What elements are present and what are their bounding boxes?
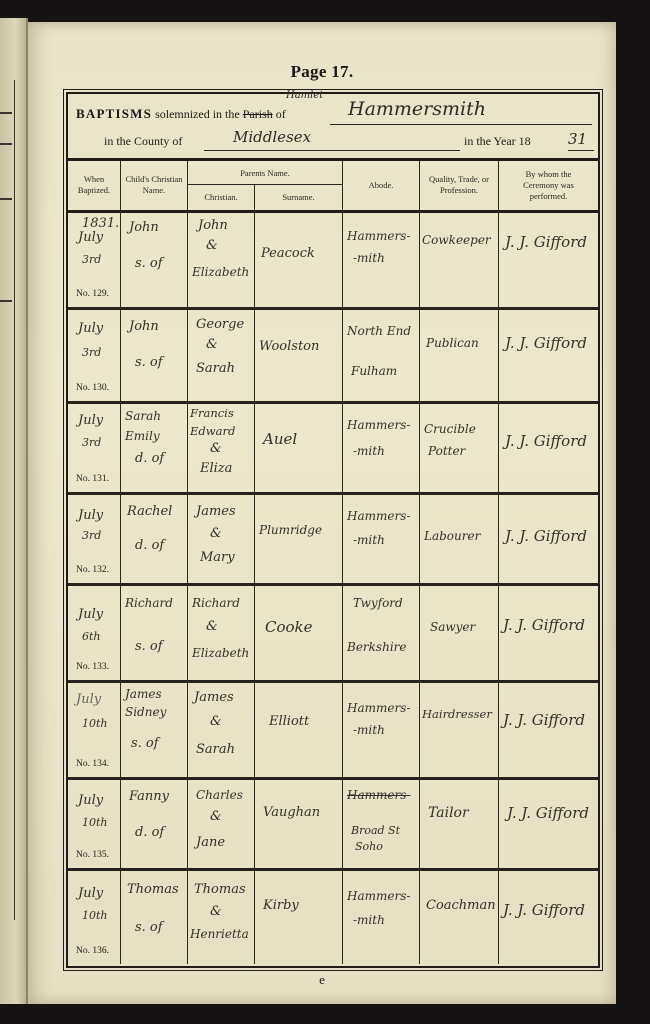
cell-parents-christian: James & Sarah	[188, 683, 254, 777]
facing-page-border	[0, 80, 15, 920]
parent-1-name: George	[196, 314, 244, 336]
child-name: John	[129, 217, 159, 239]
child-relation: d. of	[135, 448, 164, 470]
cell-quality: Labourer	[420, 495, 498, 583]
facing-page-rule	[0, 198, 12, 200]
solemnized-text: solemnized in the	[155, 107, 240, 121]
cell-abode: Hammers- -mith	[343, 871, 419, 964]
abode-line-1: Hammers-	[347, 885, 410, 907]
entry-row-135: July 10th No. 135. Fanny d. of Charles &…	[68, 780, 598, 868]
parent-1-name: John	[198, 215, 228, 237]
cell-quality: Cowkeeper	[420, 213, 498, 307]
abode-line-3: Soho	[355, 840, 383, 854]
cell-quality: Sawyer	[420, 586, 498, 680]
entry-row-131: July 3rd No. 131. Sarah Emily d. of Fran…	[68, 404, 598, 492]
surname: Kirby	[263, 895, 299, 917]
parent-2-name: Eliza	[200, 458, 232, 480]
parish-fill-line	[330, 124, 592, 125]
county-fill-line	[204, 150, 460, 151]
surname: Elliott	[269, 711, 309, 733]
cell-when-baptized: July 10th No. 135.	[68, 780, 120, 868]
child-name: Sarah Emily	[125, 406, 185, 446]
baptism-month: July	[78, 227, 103, 249]
cell-surname: Woolston	[255, 310, 342, 401]
cell-abode: North End Fulham	[343, 310, 419, 401]
abode-line-1: Hammers-	[347, 225, 410, 247]
abode-line-1: Hammers-	[347, 414, 410, 436]
officiant-signature: J. J. Gifford	[507, 802, 589, 824]
cell-child-name: Fanny d. of	[121, 780, 187, 868]
baptism-register-table: BAPTISMS solemnized in the Parish of Ham…	[66, 92, 600, 968]
cell-parents-christian: Francis Edward & Eliza	[188, 404, 254, 492]
cell-abode: Twyford Berkshire	[343, 586, 419, 680]
entry-row-130: July 3rd No. 130. John s. of George & Sa…	[68, 310, 598, 401]
cell-parents-christian: Charles & Jane	[188, 780, 254, 868]
year-handwritten: 31	[568, 130, 587, 148]
child-name: Fanny	[129, 786, 169, 808]
cell-surname: Vaughan	[255, 780, 342, 868]
heading-line-1: BAPTISMS solemnized in the Parish of	[76, 106, 286, 122]
cell-officiant: J. J. Gifford	[499, 586, 598, 680]
cell-parents-christian: George & Sarah	[188, 310, 254, 401]
baptism-day: 3rd	[82, 432, 101, 454]
cell-surname: Peacock	[255, 213, 342, 307]
abode-line-2: -mith	[353, 909, 385, 931]
col-parents-name: Parents Name.	[188, 162, 342, 184]
col-ceremony-by: By whom the Ceremony was performed.	[499, 162, 598, 208]
child-relation: d. of	[135, 535, 164, 557]
cell-when-baptized: July 3rd No. 131.	[68, 404, 120, 492]
officiant-signature: J. J. Gifford	[503, 899, 585, 921]
entry-row-136: July 10th No. 136. Thomas s. of Thomas &…	[68, 871, 598, 964]
entry-number: No. 134.	[76, 759, 109, 769]
cell-surname: Kirby	[255, 871, 342, 964]
abode-line-2: Berkshire	[347, 636, 407, 658]
register-page: Page 17. BAPTISMS solemnized in the Pari…	[28, 22, 616, 1004]
cell-officiant: J. J. Gifford	[499, 683, 598, 777]
parents-subheader-rule	[188, 184, 342, 185]
baptism-day: 3rd	[82, 342, 101, 364]
cell-parents-christian: Richard & Elizabeth	[188, 586, 254, 680]
year-fill-line	[568, 150, 594, 151]
child-relation: s. of	[135, 253, 163, 275]
cell-surname: Plumridge	[255, 495, 342, 583]
parent-2-name: Jane	[196, 832, 225, 854]
facing-page-edge	[0, 18, 28, 1024]
col-abode: Abode.	[343, 162, 419, 208]
parent-1-name: James	[194, 687, 234, 709]
cell-parents-christian: James & Mary	[188, 495, 254, 583]
quality-trade: Publican	[426, 332, 479, 354]
cell-child-name: Richard s. of	[121, 586, 187, 680]
cell-officiant: J. J. Gifford	[499, 871, 598, 964]
child-relation: s. of	[131, 733, 159, 755]
surname: Peacock	[261, 243, 315, 265]
parent-2-name: Henrietta	[190, 923, 249, 945]
surname: Cooke	[265, 616, 313, 638]
col-child-name: Child's Christian Name.	[121, 162, 187, 208]
baptism-month: July	[78, 790, 103, 812]
baptism-day: 3rd	[82, 249, 101, 271]
cell-when-baptized: July 3rd No. 132.	[68, 495, 120, 583]
county-name-handwritten: Middlesex	[233, 128, 311, 146]
year-label: in the Year 18	[464, 134, 531, 149]
abode-line-2: Fulham	[351, 360, 397, 382]
quality-trade: Hairdresser	[422, 703, 492, 725]
entry-number: No. 131.	[76, 474, 109, 484]
baptism-day: 10th	[82, 812, 108, 834]
cell-officiant: J. J. Gifford	[499, 310, 598, 401]
cell-child-name: Thomas s. of	[121, 871, 187, 964]
child-name: Rachel	[127, 501, 172, 523]
cell-surname: Auel	[255, 404, 342, 492]
child-name: John	[129, 316, 159, 338]
child-relation: s. of	[135, 636, 163, 658]
parent-1-name: Richard	[192, 592, 240, 614]
facing-page-rule	[0, 300, 12, 302]
officiant-signature: J. J. Gifford	[505, 525, 587, 547]
cell-surname: Cooke	[255, 586, 342, 680]
cell-when-baptized: July 10th No. 134.	[68, 683, 120, 777]
parent-ampersand: &	[210, 438, 222, 460]
parent-1-name: James	[196, 501, 236, 523]
county-label: in the County of	[104, 134, 182, 149]
quality-trade: Coachman	[426, 895, 496, 917]
signature-mark: e	[28, 972, 616, 988]
col-parents-surname: Surname.	[255, 186, 342, 208]
parent-ampersand: &	[210, 523, 222, 545]
officiant-signature: J. J. Gifford	[505, 430, 587, 452]
baptisms-label: BAPTISMS	[76, 106, 152, 121]
cell-officiant: J. J. Gifford	[499, 404, 598, 492]
facing-page-rule	[0, 143, 12, 145]
parent-ampersand: &	[210, 806, 222, 828]
cell-child-name: John s. of	[121, 213, 187, 307]
quality-trade: Cowkeeper	[422, 229, 491, 251]
parent-ampersand: &	[206, 616, 218, 638]
cell-when-baptized: July 6th No. 133.	[68, 586, 120, 680]
entry-number: No. 135.	[76, 850, 109, 860]
cell-when-baptized: July 3rd No. 130.	[68, 310, 120, 401]
parent-2-name: Mary	[200, 547, 235, 569]
officiant-signature: J. J. Gifford	[505, 231, 587, 253]
cell-abode: Hammers- -mith	[343, 683, 419, 777]
parent-1-name: Charles	[196, 784, 243, 806]
entry-row-133: July 6th No. 133. Richard s. of Richard …	[68, 586, 598, 680]
cell-quality: Publican	[420, 310, 498, 401]
parish-name-handwritten: Hammersmith	[348, 98, 486, 120]
parent-2-name: Elizabeth	[192, 261, 249, 283]
parent-ampersand: &	[210, 711, 222, 733]
parent-ampersand: &	[206, 235, 218, 257]
abode-line-2: -mith	[353, 529, 385, 551]
quality-trade: Sawyer	[430, 616, 475, 638]
officiant-signature: J. J. Gifford	[503, 709, 585, 731]
parent-1-name: Francis Edward	[190, 404, 252, 440]
col-when-baptized: When Baptized.	[68, 162, 120, 208]
entry-row-129: 1831. July 3rd No. 129. John s. of John …	[68, 213, 598, 307]
surname: Woolston	[259, 336, 319, 358]
child-relation: s. of	[135, 917, 163, 939]
abode-line-2: -mith	[353, 719, 385, 741]
of-text: of	[276, 107, 286, 121]
surname: Auel	[263, 428, 297, 450]
cell-when-baptized: July 10th No. 136.	[68, 871, 120, 964]
officiant-signature: J. J. Gifford	[503, 614, 585, 636]
baptism-month: July	[78, 505, 103, 527]
cell-child-name: Sarah Emily d. of	[121, 404, 187, 492]
cell-child-name: James Sidney s. of	[121, 683, 187, 777]
entry-row-134: July 10th No. 134. James Sidney s. of Ja…	[68, 683, 598, 777]
parent-ampersand: &	[206, 334, 218, 356]
abode-line-1-struck: Hammers-	[347, 784, 410, 806]
quality-trade: Tailor	[428, 802, 469, 824]
child-relation: d. of	[135, 822, 164, 844]
baptism-month: July	[78, 410, 103, 432]
child-name: Thomas	[127, 879, 179, 901]
cell-officiant: J. J. Gifford	[499, 495, 598, 583]
facing-page-rule	[0, 112, 12, 114]
abode-line-1: North End	[347, 320, 411, 342]
cell-abode: Hammers- -mith	[343, 495, 419, 583]
cell-when-baptized: 1831. July 3rd No. 129.	[68, 213, 120, 307]
page-title: Page 17.	[28, 62, 616, 82]
parent-2-name: Elizabeth	[192, 642, 249, 664]
surname: Plumridge	[259, 519, 322, 541]
interlined-hamlet: Hamlet	[286, 90, 323, 101]
cell-quality: Tailor	[420, 780, 498, 868]
abode-line-1: Hammers-	[347, 697, 410, 719]
cell-abode: Hammers- Broad St Soho	[343, 780, 419, 868]
abode-line-2: Broad St	[351, 824, 400, 838]
surname: Vaughan	[263, 802, 320, 824]
cell-child-name: Rachel d. of	[121, 495, 187, 583]
quality-trade: Labourer	[424, 525, 480, 547]
col-quality: Quality, Trade, or Profession.	[420, 162, 498, 208]
parent-2-name: Sarah	[196, 739, 235, 761]
child-name: Richard	[125, 592, 173, 614]
entry-row-132: July 3rd No. 132. Rachel d. of James & M…	[68, 495, 598, 583]
register-heading: BAPTISMS solemnized in the Parish of Ham…	[68, 94, 598, 158]
parent-ampersand: &	[210, 901, 222, 923]
cell-abode: Hammers- -mith	[343, 213, 419, 307]
cell-officiant: J. J. Gifford	[499, 213, 598, 307]
entry-number: No. 133.	[76, 662, 109, 672]
baptism-day: 10th	[82, 713, 108, 735]
cell-quality: Crucible Potter	[420, 404, 498, 492]
baptism-month: July	[78, 883, 103, 905]
cell-parents-christian: Thomas & Henrietta	[188, 871, 254, 964]
cell-parents-christian: John & Elizabeth	[188, 213, 254, 307]
child-relation: s. of	[135, 352, 163, 374]
cell-surname: Elliott	[255, 683, 342, 777]
cell-quality: Hairdresser	[420, 683, 498, 777]
baptism-day: 10th	[82, 905, 108, 927]
quality-trade-line-2: Potter	[428, 440, 465, 462]
child-name: James Sidney	[125, 685, 185, 721]
col-parents-christian: Christian.	[188, 186, 254, 208]
book-background	[0, 1004, 650, 1024]
cell-child-name: John s. of	[121, 310, 187, 401]
baptism-month: July	[78, 604, 103, 626]
abode-line-1: Twyford	[353, 592, 403, 614]
baptism-day: 6th	[82, 626, 101, 648]
baptism-day: 3rd	[82, 525, 101, 547]
heading-rule	[68, 158, 598, 161]
cell-officiant: J. J. Gifford	[499, 780, 598, 868]
abode-line-2: -mith	[353, 247, 385, 269]
abode-line-1: Hammers-	[347, 505, 410, 527]
cell-abode: Hammers- -mith	[343, 404, 419, 492]
entry-number: No. 130.	[76, 383, 109, 393]
entry-number: No. 129.	[76, 289, 109, 299]
quality-trade: Crucible	[424, 418, 476, 440]
cell-quality: Coachman	[420, 871, 498, 964]
baptism-month: July	[76, 689, 101, 711]
parent-1-name: Thomas	[194, 879, 246, 901]
parent-2-name: Sarah	[196, 358, 235, 380]
officiant-signature: J. J. Gifford	[505, 332, 587, 354]
abode-line-2: -mith	[353, 440, 385, 462]
entry-number: No. 132.	[76, 565, 109, 575]
entry-number: No. 136.	[76, 946, 109, 956]
baptism-month: July	[78, 318, 103, 340]
parish-struck-word: Parish	[243, 107, 273, 121]
